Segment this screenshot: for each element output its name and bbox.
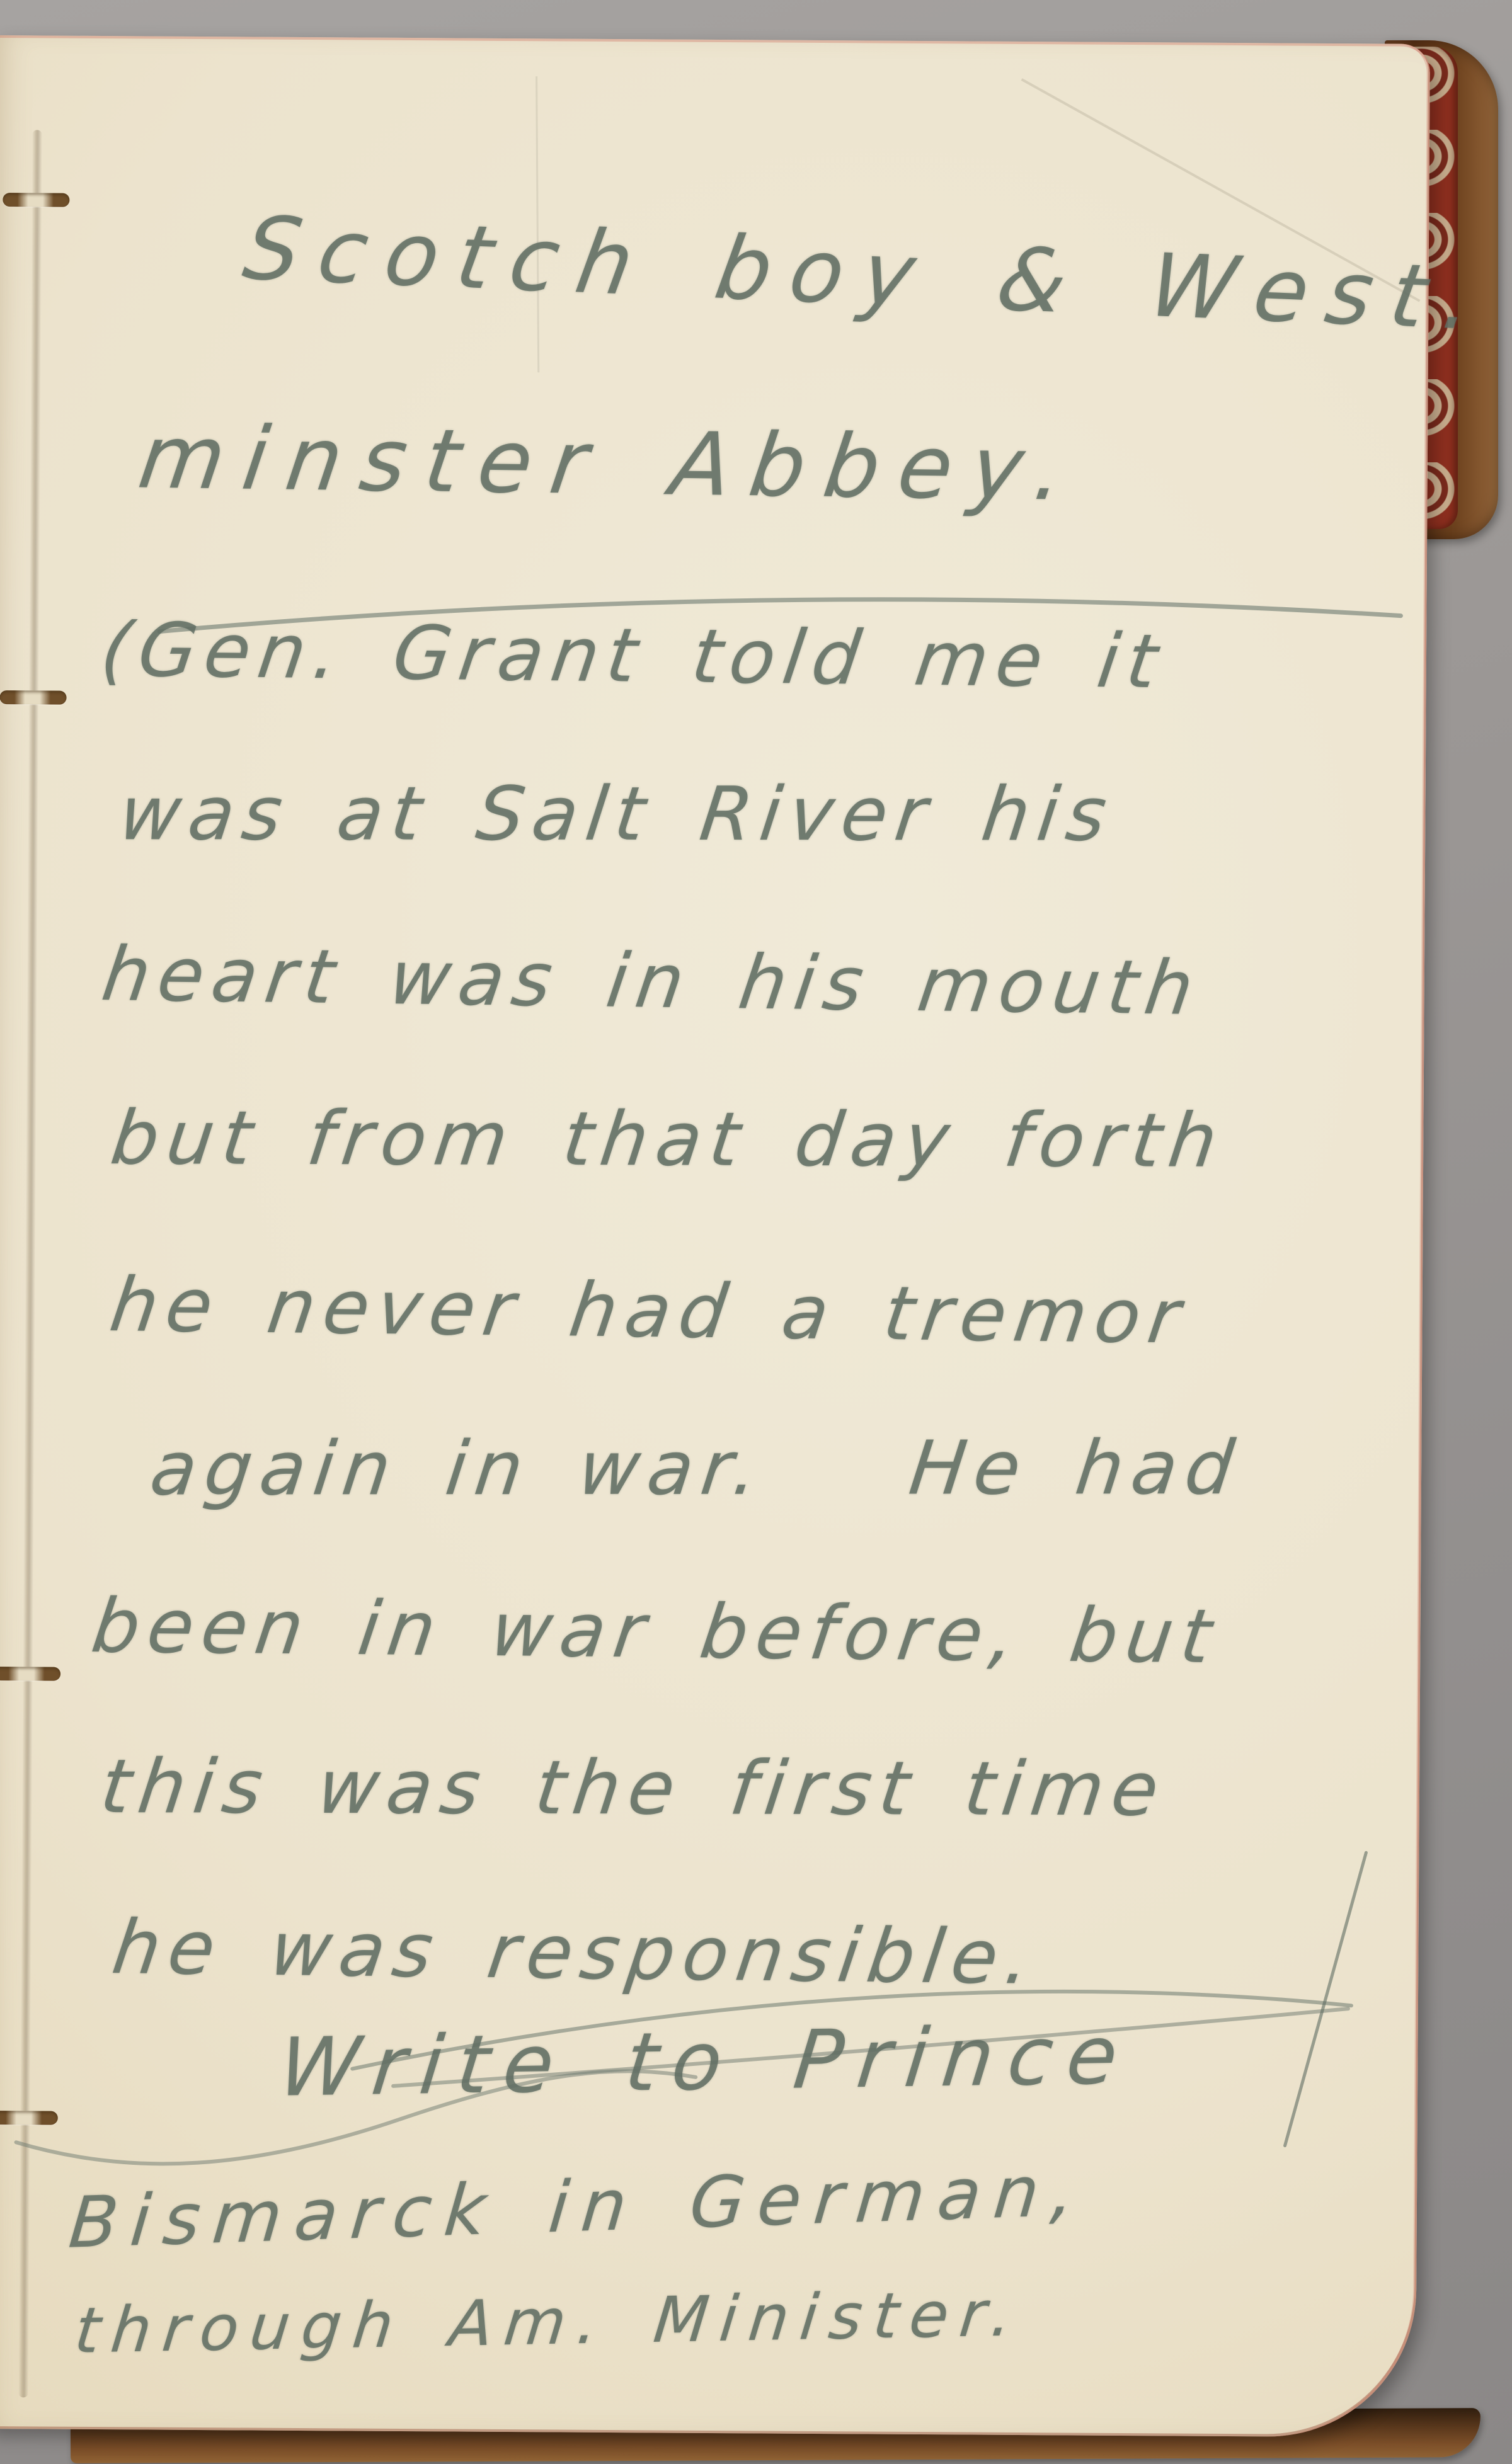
handwriting-line: but from that day forth — [106, 1094, 1230, 1184]
notebook-page: Scotch boy & West. minster Abbey. (Gen. … — [0, 35, 1430, 2438]
heading-line: minster Abbey. — [133, 406, 1089, 520]
handwriting-line: (Gen. Grant told me it — [96, 606, 1171, 705]
handwriting-line: was at Salt River his — [115, 770, 1119, 857]
handwriting-line: been in war before, but — [87, 1582, 1224, 1680]
scanned-notebook-page: Scotch boy & West. minster Abbey. (Gen. … — [0, 0, 1512, 2464]
memo-line: Write to Prince — [275, 2009, 1137, 2115]
handwriting-line: heart was in his mouth — [97, 930, 1206, 1032]
handwriting-line: this was the first time — [96, 1743, 1172, 1832]
handwriting-line: he was responsible. — [108, 1903, 1043, 2001]
handwriting-line: again in war. He had — [146, 1424, 1247, 1512]
handwriting-line: he never had a tremor — [105, 1261, 1193, 1360]
